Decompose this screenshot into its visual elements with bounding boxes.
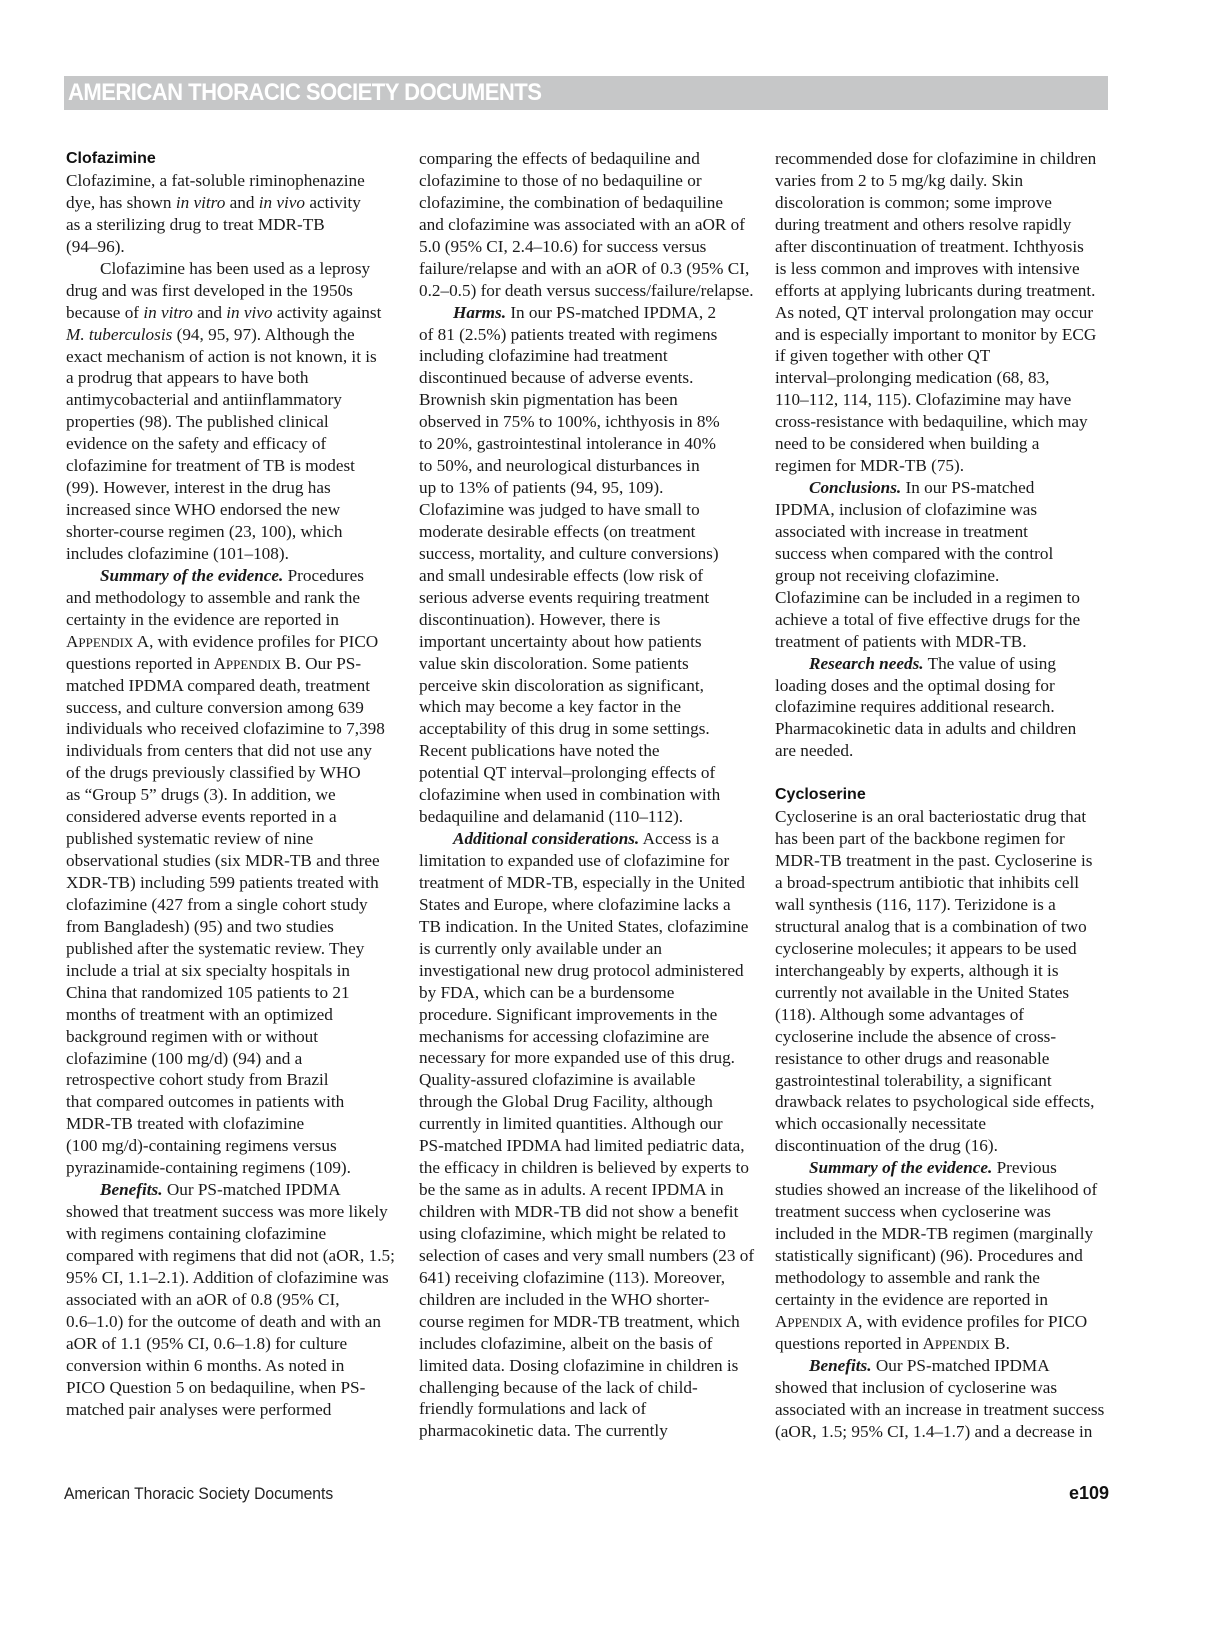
text-line: discontinued because of adverse events. bbox=[419, 367, 755, 389]
text-line: during treatment and others resolve rapi… bbox=[775, 214, 1111, 236]
text-line: Pharmacokinetic data in adults and child… bbox=[775, 718, 1111, 740]
text-line: and methodology to assemble and rank the bbox=[66, 587, 402, 609]
text-line: varies from 2 to 5 mg/kg daily. Skin bbox=[775, 170, 1111, 192]
text-line: is less common and improves with intensi… bbox=[775, 258, 1111, 280]
footer-journal-name: American Thoracic Society Documents bbox=[64, 1484, 333, 1504]
text-line: need to be considered when building a bbox=[775, 433, 1111, 455]
text-line: gastrointestinal tolerability, a signifi… bbox=[775, 1070, 1111, 1092]
text-line: Clofazimine can be included in a regimen… bbox=[775, 587, 1111, 609]
text-line: children are included in the WHO shorter… bbox=[419, 1289, 755, 1311]
text-line: because of in vitro and in vivo activity… bbox=[66, 302, 402, 324]
text-line: observed in 75% to 100%, ichthyosis in 8… bbox=[419, 411, 755, 433]
text-line: by FDA, which can be a burdensome bbox=[419, 982, 755, 1004]
text-line: antimycobacterial and antiinflammatory bbox=[66, 389, 402, 411]
text-line: investigational new drug protocol admini… bbox=[419, 960, 755, 982]
text-line: statistically significant) (96). Procedu… bbox=[775, 1245, 1111, 1267]
text-line: properties (98). The published clinical bbox=[66, 411, 402, 433]
text-line: Clofazimine was judged to have small to bbox=[419, 499, 755, 521]
text-line: efforts at applying lubricants during tr… bbox=[775, 280, 1111, 302]
text-line: published after the systematic review. T… bbox=[66, 938, 402, 960]
text-line: PICO Question 5 on bedaquiline, when PS- bbox=[66, 1377, 402, 1399]
page-number: e109 bbox=[1069, 1483, 1109, 1504]
text-line: (aOR, 1.5; 95% CI, 1.4–1.7) and a decrea… bbox=[775, 1421, 1111, 1443]
text-line: the efficacy in children is believed by … bbox=[419, 1157, 755, 1179]
text-line: China that randomized 105 patients to 21 bbox=[66, 982, 402, 1004]
text-line: (100 mg/d)-containing regimens versus bbox=[66, 1135, 402, 1157]
section-gap bbox=[775, 762, 1111, 784]
text-line: bedaquiline and delamanid (110–112). bbox=[419, 806, 755, 828]
text-line: background regimen with or without bbox=[66, 1026, 402, 1048]
text-line: clofazimine (427 from a single cohort st… bbox=[66, 894, 402, 916]
text-line: MDR-TB treatment in the past. Cycloserin… bbox=[775, 850, 1111, 872]
text-line: failure/relapse and with an aOR of 0.3 (… bbox=[419, 258, 755, 280]
text-line: cycloserine include the absence of cross… bbox=[775, 1026, 1111, 1048]
text-line: interval–prolonging medication (68, 83, bbox=[775, 367, 1111, 389]
text-line: acceptability of this drug in some setti… bbox=[419, 718, 755, 740]
text-line: structural analog that is a combination … bbox=[775, 916, 1111, 938]
text-line: is currently only available under an bbox=[419, 938, 755, 960]
text-line: serious adverse events requiring treatme… bbox=[419, 587, 755, 609]
text-line: selection of cases and very small number… bbox=[419, 1245, 755, 1267]
text-line: challenging because of the lack of child… bbox=[419, 1377, 755, 1399]
text-line: dye, has shown in vitro and in vivo acti… bbox=[66, 192, 402, 214]
run-in-heading: Benefits. bbox=[100, 1180, 163, 1199]
text-line: limited data. Dosing clofazimine in chil… bbox=[419, 1355, 755, 1377]
text-line: matched IPDMA compared death, treatment bbox=[66, 675, 402, 697]
text-line: conversion within 6 months. As noted in bbox=[66, 1355, 402, 1377]
text-line: course regimen for MDR-TB treatment, whi… bbox=[419, 1311, 755, 1333]
text-line: included in the MDR-TB regimen (marginal… bbox=[775, 1223, 1111, 1245]
text-line: (118). Although some advantages of bbox=[775, 1004, 1111, 1026]
text-line: that compared outcomes in patients with bbox=[66, 1091, 402, 1113]
text-line: comparing the effects of bedaquiline and bbox=[419, 148, 755, 170]
text-line: as a sterilizing drug to treat MDR-TB bbox=[66, 214, 402, 236]
text-line: (99). However, interest in the drug has bbox=[66, 477, 402, 499]
text-line: regimen for MDR-TB (75). bbox=[775, 455, 1111, 477]
text-line: as “Group 5” drugs (3). In addition, we bbox=[66, 784, 402, 806]
text-line: 0.6–1.0) for the outcome of death and wi… bbox=[66, 1311, 402, 1333]
text-line: 95% CI, 1.1–2.1). Addition of clofazimin… bbox=[66, 1267, 402, 1289]
run-in-heading: Summary of the evidence. bbox=[100, 566, 283, 585]
text-line: including clofazimine had treatment bbox=[419, 345, 755, 367]
text-line: and small undesirable effects (low risk … bbox=[419, 565, 755, 587]
run-in-heading: Summary of the evidence. bbox=[809, 1158, 992, 1177]
text-line: cross-resistance with bedaquiline, which… bbox=[775, 411, 1111, 433]
text-line: exact mechanism of action is not known, … bbox=[66, 346, 402, 368]
text-line: certainty in the evidence are reported i… bbox=[775, 1289, 1111, 1311]
text-line: individuals who received clofazimine to … bbox=[66, 718, 402, 740]
text-line: 5.0 (95% CI, 2.4–10.6) for success versu… bbox=[419, 236, 755, 258]
text-line: pyrazinamide-containing regimens (109). bbox=[66, 1157, 402, 1179]
text-line: M. tuberculosis (94, 95, 97). Although t… bbox=[66, 324, 402, 346]
text-line: children with MDR-TB did not show a bene… bbox=[419, 1201, 755, 1223]
text-line: interchangeably by experts, although it … bbox=[775, 960, 1111, 982]
text-line: matched pair analyses were performed bbox=[66, 1399, 402, 1421]
text-line: perceive skin discoloration as significa… bbox=[419, 675, 755, 697]
text-line: associated with increase in treatment bbox=[775, 521, 1111, 543]
text-line: are needed. bbox=[775, 740, 1111, 762]
text-line: Benefits. Our PS-matched IPDMA bbox=[66, 1179, 402, 1201]
text-line: loading doses and the optimal dosing for bbox=[775, 675, 1111, 697]
text-line: observational studies (six MDR-TB and th… bbox=[66, 850, 402, 872]
text-line: using clofazimine, which might be relate… bbox=[419, 1223, 755, 1245]
text-line: a broad-spectrum antibiotic that inhibit… bbox=[775, 872, 1111, 894]
text-line: certainty in the evidence are reported i… bbox=[66, 609, 402, 631]
text-line: include a trial at six specialty hospita… bbox=[66, 960, 402, 982]
text-line: compared with regimens that did not (aOR… bbox=[66, 1245, 402, 1267]
text-line: resistance to other drugs and reasonable bbox=[775, 1048, 1111, 1070]
journal-banner: AMERICAN THORACIC SOCIETY DOCUMENTS bbox=[64, 76, 1108, 110]
text-line: of the drugs previously classified by WH… bbox=[66, 762, 402, 784]
text-line: aOR of 1.1 (95% CI, 0.6–1.8) for culture bbox=[66, 1333, 402, 1355]
text-line: 641) receiving clofazimine (113). Moreov… bbox=[419, 1267, 755, 1289]
text-line: has been part of the backbone regimen fo… bbox=[775, 828, 1111, 850]
text-line: up to 13% of patients (94, 95, 109). bbox=[419, 477, 755, 499]
text-line: success when compared with the control bbox=[775, 543, 1111, 565]
text-line: Brownish skin pigmentation has been bbox=[419, 389, 755, 411]
text-line: with regimens containing clofazimine bbox=[66, 1223, 402, 1245]
text-line: As noted, QT interval prolongation may o… bbox=[775, 302, 1111, 324]
banner-title: AMERICAN THORACIC SOCIETY DOCUMENTS bbox=[68, 79, 541, 107]
text-line: success, mortality, and culture conversi… bbox=[419, 543, 755, 565]
text-line: Harms. In our PS-matched IPDMA, 2 bbox=[419, 302, 755, 324]
run-in-heading: Additional considerations. bbox=[453, 829, 639, 848]
run-in-heading: Benefits. bbox=[809, 1356, 872, 1375]
text-line: individuals from centers that did not us… bbox=[66, 740, 402, 762]
text-line: drug and was first developed in the 1950… bbox=[66, 280, 402, 302]
section-heading: Clofazimine bbox=[66, 148, 402, 170]
text-line: from Bangladesh) (95) and two studies bbox=[66, 916, 402, 938]
text-line: Summary of the evidence. Procedures bbox=[66, 565, 402, 587]
text-line: and is especially important to monitor b… bbox=[775, 324, 1111, 346]
text-line: APPENDIX A, with evidence profiles for P… bbox=[775, 1311, 1111, 1333]
text-line: evidence on the safety and efficacy of bbox=[66, 433, 402, 455]
text-line: clofazimine for treatment of TB is modes… bbox=[66, 455, 402, 477]
text-line: Clofazimine, a fat-soluble riminophenazi… bbox=[66, 170, 402, 192]
text-line: which occasionally necessitate bbox=[775, 1113, 1111, 1135]
text-line: Additional considerations. Access is a bbox=[419, 828, 755, 850]
text-line: friendly formulations and lack of bbox=[419, 1398, 755, 1420]
text-line: methodology to assemble and rank the bbox=[775, 1267, 1111, 1289]
text-line: clofazimine, the combination of bedaquil… bbox=[419, 192, 755, 214]
run-in-heading: Conclusions. bbox=[809, 478, 901, 497]
text-line: value skin discoloration. Some patients bbox=[419, 653, 755, 675]
text-line: pharmacokinetic data. The currently bbox=[419, 1420, 755, 1442]
text-line: Benefits. Our PS-matched IPDMA bbox=[775, 1355, 1111, 1377]
text-line: recommended dose for clofazimine in chil… bbox=[775, 148, 1111, 170]
text-line: currently in limited quantities. Althoug… bbox=[419, 1113, 755, 1135]
text-line: 110–112, 114, 115). Clofazimine may have bbox=[775, 389, 1111, 411]
text-line: showed that inclusion of cycloserine was bbox=[775, 1377, 1111, 1399]
text-line: potential QT interval–prolonging effects… bbox=[419, 762, 755, 784]
text-line: important uncertainty about how patients bbox=[419, 631, 755, 653]
text-line: clofazimine to those of no bedaquiline o… bbox=[419, 170, 755, 192]
text-line: Clofazimine has been used as a leprosy bbox=[66, 258, 402, 280]
text-line: (94–96). bbox=[66, 236, 402, 258]
text-line: through the Global Drug Facility, althou… bbox=[419, 1091, 755, 1113]
column-1: ClofazimineClofazimine, a fat-soluble ri… bbox=[66, 148, 402, 1420]
text-line: questions reported in APPENDIX B. Our PS… bbox=[66, 653, 402, 675]
text-line: discontinuation of the drug (16). bbox=[775, 1135, 1111, 1157]
text-line: cycloserine molecules; it appears to be … bbox=[775, 938, 1111, 960]
text-line: wall synthesis (116, 117). Terizidone is… bbox=[775, 894, 1111, 916]
text-line: associated with an increase in treatment… bbox=[775, 1399, 1111, 1421]
text-line: be the same as in adults. A recent IPDMA… bbox=[419, 1179, 755, 1201]
text-line: Quality-assured clofazimine is available bbox=[419, 1069, 755, 1091]
text-line: Cycloserine is an oral bacteriostatic dr… bbox=[775, 806, 1111, 828]
text-line: discontinuation). However, there is bbox=[419, 609, 755, 631]
text-line: associated with an aOR of 0.8 (95% CI, bbox=[66, 1289, 402, 1311]
run-in-heading: Harms. bbox=[453, 303, 506, 322]
text-line: success, and culture conversion among 63… bbox=[66, 697, 402, 719]
text-line: months of treatment with an optimized bbox=[66, 1004, 402, 1026]
text-line: Recent publications have noted the bbox=[419, 740, 755, 762]
text-line: limitation to expanded use of clofazimin… bbox=[419, 850, 755, 872]
text-line: 0.2–0.5) for death versus success/failur… bbox=[419, 280, 755, 302]
text-line: moderate desirable effects (on treatment bbox=[419, 521, 755, 543]
section-heading: Cycloserine bbox=[775, 784, 1111, 806]
text-line: APPENDIX A, with evidence profiles for P… bbox=[66, 631, 402, 653]
text-line: MDR-TB treated with clofazimine bbox=[66, 1113, 402, 1135]
column-3: recommended dose for clofazimine in chil… bbox=[775, 148, 1111, 1442]
text-line: treatment of patients with MDR-TB. bbox=[775, 631, 1111, 653]
run-in-heading: Research needs. bbox=[809, 654, 924, 673]
column-2: comparing the effects of bedaquiline and… bbox=[419, 148, 755, 1442]
text-line: drawback relates to psychological side e… bbox=[775, 1091, 1111, 1113]
text-line: to 20%, gastrointestinal intolerance in … bbox=[419, 433, 755, 455]
text-line: mechanisms for accessing clofazimine are bbox=[419, 1026, 755, 1048]
text-line: clofazimine when used in combination wit… bbox=[419, 784, 755, 806]
text-line: questions reported in APPENDIX B. bbox=[775, 1333, 1111, 1355]
text-line: IPDMA, inclusion of clofazimine was bbox=[775, 499, 1111, 521]
text-line: a prodrug that appears to have both bbox=[66, 367, 402, 389]
text-line: studies showed an increase of the likeli… bbox=[775, 1179, 1111, 1201]
text-line: procedure. Significant improvements in t… bbox=[419, 1004, 755, 1026]
text-line: treatment of MDR-TB, especially in the U… bbox=[419, 872, 755, 894]
text-line: which may become a key factor in the bbox=[419, 696, 755, 718]
text-line: XDR-TB) including 599 patients treated w… bbox=[66, 872, 402, 894]
text-line: group not receiving clofazimine. bbox=[775, 565, 1111, 587]
text-line: of 81 (2.5%) patients treated with regim… bbox=[419, 324, 755, 346]
text-line: considered adverse events reported in a bbox=[66, 806, 402, 828]
text-line: showed that treatment success was more l… bbox=[66, 1201, 402, 1223]
text-line: TB indication. In the United States, clo… bbox=[419, 916, 755, 938]
text-line: increased since WHO endorsed the new bbox=[66, 499, 402, 521]
text-line: clofazimine requires additional research… bbox=[775, 696, 1111, 718]
text-line: currently not available in the United St… bbox=[775, 982, 1111, 1004]
text-line: and clofazimine was associated with an a… bbox=[419, 214, 755, 236]
text-line: shorter-course regimen (23, 100), which bbox=[66, 521, 402, 543]
text-line: discoloration is common; some improve bbox=[775, 192, 1111, 214]
text-line: treatment success when cycloserine was bbox=[775, 1201, 1111, 1223]
text-line: Conclusions. In our PS-matched bbox=[775, 477, 1111, 499]
text-line: clofazimine (100 mg/d) (94) and a bbox=[66, 1048, 402, 1070]
text-line: necessary for more expanded use of this … bbox=[419, 1047, 755, 1069]
text-line: after discontinuation of treatment. Icht… bbox=[775, 236, 1111, 258]
text-line: Research needs. The value of using bbox=[775, 653, 1111, 675]
text-line: if given together with other QT bbox=[775, 345, 1111, 367]
text-line: to 50%, and neurological disturbances in bbox=[419, 455, 755, 477]
text-line: States and Europe, where clofazimine lac… bbox=[419, 894, 755, 916]
text-line: retrospective cohort study from Brazil bbox=[66, 1069, 402, 1091]
text-line: PS-matched IPDMA had limited pediatric d… bbox=[419, 1135, 755, 1157]
text-line: published systematic review of nine bbox=[66, 828, 402, 850]
text-line: Summary of the evidence. Previous bbox=[775, 1157, 1111, 1179]
text-line: includes clofazimine (101–108). bbox=[66, 543, 402, 565]
text-line: includes clofazimine, albeit on the basi… bbox=[419, 1333, 755, 1355]
text-line: achieve a total of five effective drugs … bbox=[775, 609, 1111, 631]
